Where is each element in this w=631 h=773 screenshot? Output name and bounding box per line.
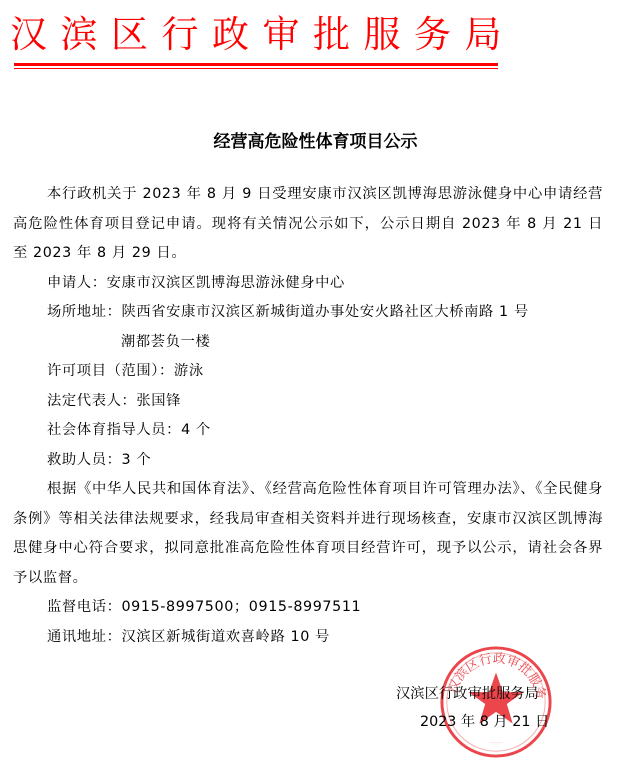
issuing-authority-header: 汉滨区行政审批服务局 <box>10 10 610 60</box>
svg-text:·········: ········· <box>489 740 503 746</box>
field-legal-representative: 法定代表人：张国锋 <box>13 387 603 417</box>
contact-label: 通讯地址： <box>47 629 121 645</box>
intro-paragraph: 本行政机关于 2023 年 8 月 9 日受理安康市汉滨区凯博海思游泳健身中心申… <box>13 180 603 269</box>
field-label: 申请人： <box>47 275 107 291</box>
contact-label: 监督电话： <box>47 599 121 615</box>
field-label: 许可项目（范围）： <box>47 363 174 379</box>
field-site-address-continuation: 潮都荟负一楼 <box>13 328 603 358</box>
field-rescue-staff: 救助人员：3 个 <box>13 446 603 476</box>
field-value: 游泳 <box>174 363 204 379</box>
field-sports-instructors: 社会体育指导人员：4 个 <box>13 416 603 446</box>
field-label: 救助人员： <box>47 452 121 468</box>
field-value: 安康市汉滨区凯博海思游泳健身中心 <box>107 275 345 291</box>
field-label: 社会体育指导人员： <box>47 422 181 438</box>
header-divider-thin <box>14 68 498 69</box>
field-value: 张国锋 <box>136 393 181 409</box>
decision-paragraph: 根据《中华人民共和国体育法》、《经营高危险性体育项目许可管理办法》、《全民健身条… <box>13 475 603 593</box>
contact-value: 0915-8997500；0915-8997511 <box>121 599 361 615</box>
field-value: 4 个 <box>181 422 211 438</box>
signature-block: 汉滨区行政审批服务局 2023 年 8 月 21 日 <box>380 680 600 736</box>
field-value: 3 个 <box>121 452 151 468</box>
field-site-address: 场所地址：陕西省安康市汉滨区新城街道办事处安火路社区大桥南路 1 号 <box>13 298 603 328</box>
field-label: 法定代表人： <box>47 393 136 409</box>
field-applicant: 申请人：安康市汉滨区凯博海思游泳健身中心 <box>13 269 603 299</box>
signature-org: 汉滨区行政审批服务局 <box>380 680 600 708</box>
contact-value: 汉滨区新城街道欢喜岭路 10 号 <box>121 629 329 645</box>
header-divider-thick <box>14 63 498 66</box>
contact-phone: 监督电话：0915-8997500；0915-8997511 <box>13 593 603 623</box>
field-value: 陕西省安康市汉滨区新城街道办事处安火路社区大桥南路 1 号 <box>121 304 528 320</box>
document-title: 经营高危险性体育项目公示 <box>0 128 631 156</box>
document-body: 本行政机关于 2023 年 8 月 9 日受理安康市汉滨区凯博海思游泳健身中心申… <box>13 180 603 652</box>
field-permit-scope: 许可项目（范围）：游泳 <box>13 357 603 387</box>
signature-date: 2023 年 8 月 21 日 <box>380 708 600 736</box>
field-label: 场所地址： <box>47 304 121 320</box>
